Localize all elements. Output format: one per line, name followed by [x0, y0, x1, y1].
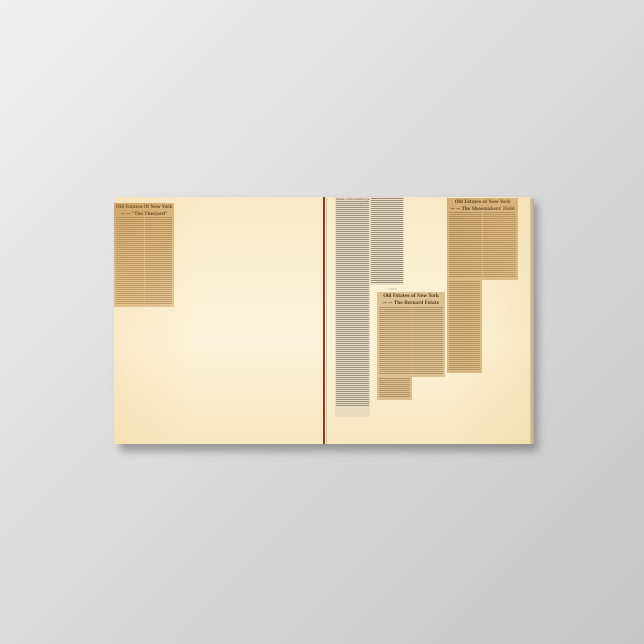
clipping-body-text: [449, 281, 480, 371]
book-spine: [323, 197, 325, 444]
clipping-body-text: [116, 217, 172, 305]
clipping-body-text: [379, 378, 410, 398]
canvas-side-edge: [530, 199, 534, 444]
clipping-marker: — —: [383, 301, 393, 306]
pencil-annotation: 1913: [389, 287, 397, 291]
column-divider: [144, 217, 145, 305]
clipping-bernard-estate: Old Estates of New York — — The Bernard …: [377, 292, 445, 377]
column-divider: [482, 212, 483, 278]
clipping-title: Old Estates of New York: [447, 198, 518, 205]
clipping-the-vineyard: Old Estates Of New York — — "The Vineyar…: [114, 203, 174, 307]
clipping-text-column-2: [370, 197, 404, 285]
clipping-title: Old Estates of New York: [377, 292, 445, 299]
column-divider: [411, 307, 412, 375]
clipping-bernard-estate-continued: [377, 377, 412, 400]
clipping-title: Old Estates Of New York: [114, 203, 174, 210]
clipping-subtitle-text: The Bernard Estate: [394, 301, 439, 306]
clipping-subtitle: — — "The Vineyard": [114, 210, 174, 217]
canvas-print: Old Estates Of New York — — "The Vineyar…: [114, 197, 530, 444]
clipping-body-text: [371, 198, 403, 284]
clipping-subtitle: — — The Bernard Estate: [377, 299, 445, 306]
clipping-body-text: [379, 307, 443, 375]
clipping-body-text: [336, 199, 369, 407]
clipping-shoemakers-field-continued: [447, 280, 482, 373]
clipping-column-heading: Estate of the Governor-Jacob Schermerhor…: [336, 198, 369, 201]
clipping-shoemakers-field: Old Estates of New York — — The Shoemake…: [447, 198, 518, 280]
spine-highlight: [326, 197, 327, 444]
clipping-body-text: [449, 212, 516, 278]
clipping-subtitle: — — The Shoemakers' Field: [447, 205, 518, 212]
clipping-text-column-1: Estate of the Governor-Jacob Schermerhor…: [335, 197, 370, 417]
